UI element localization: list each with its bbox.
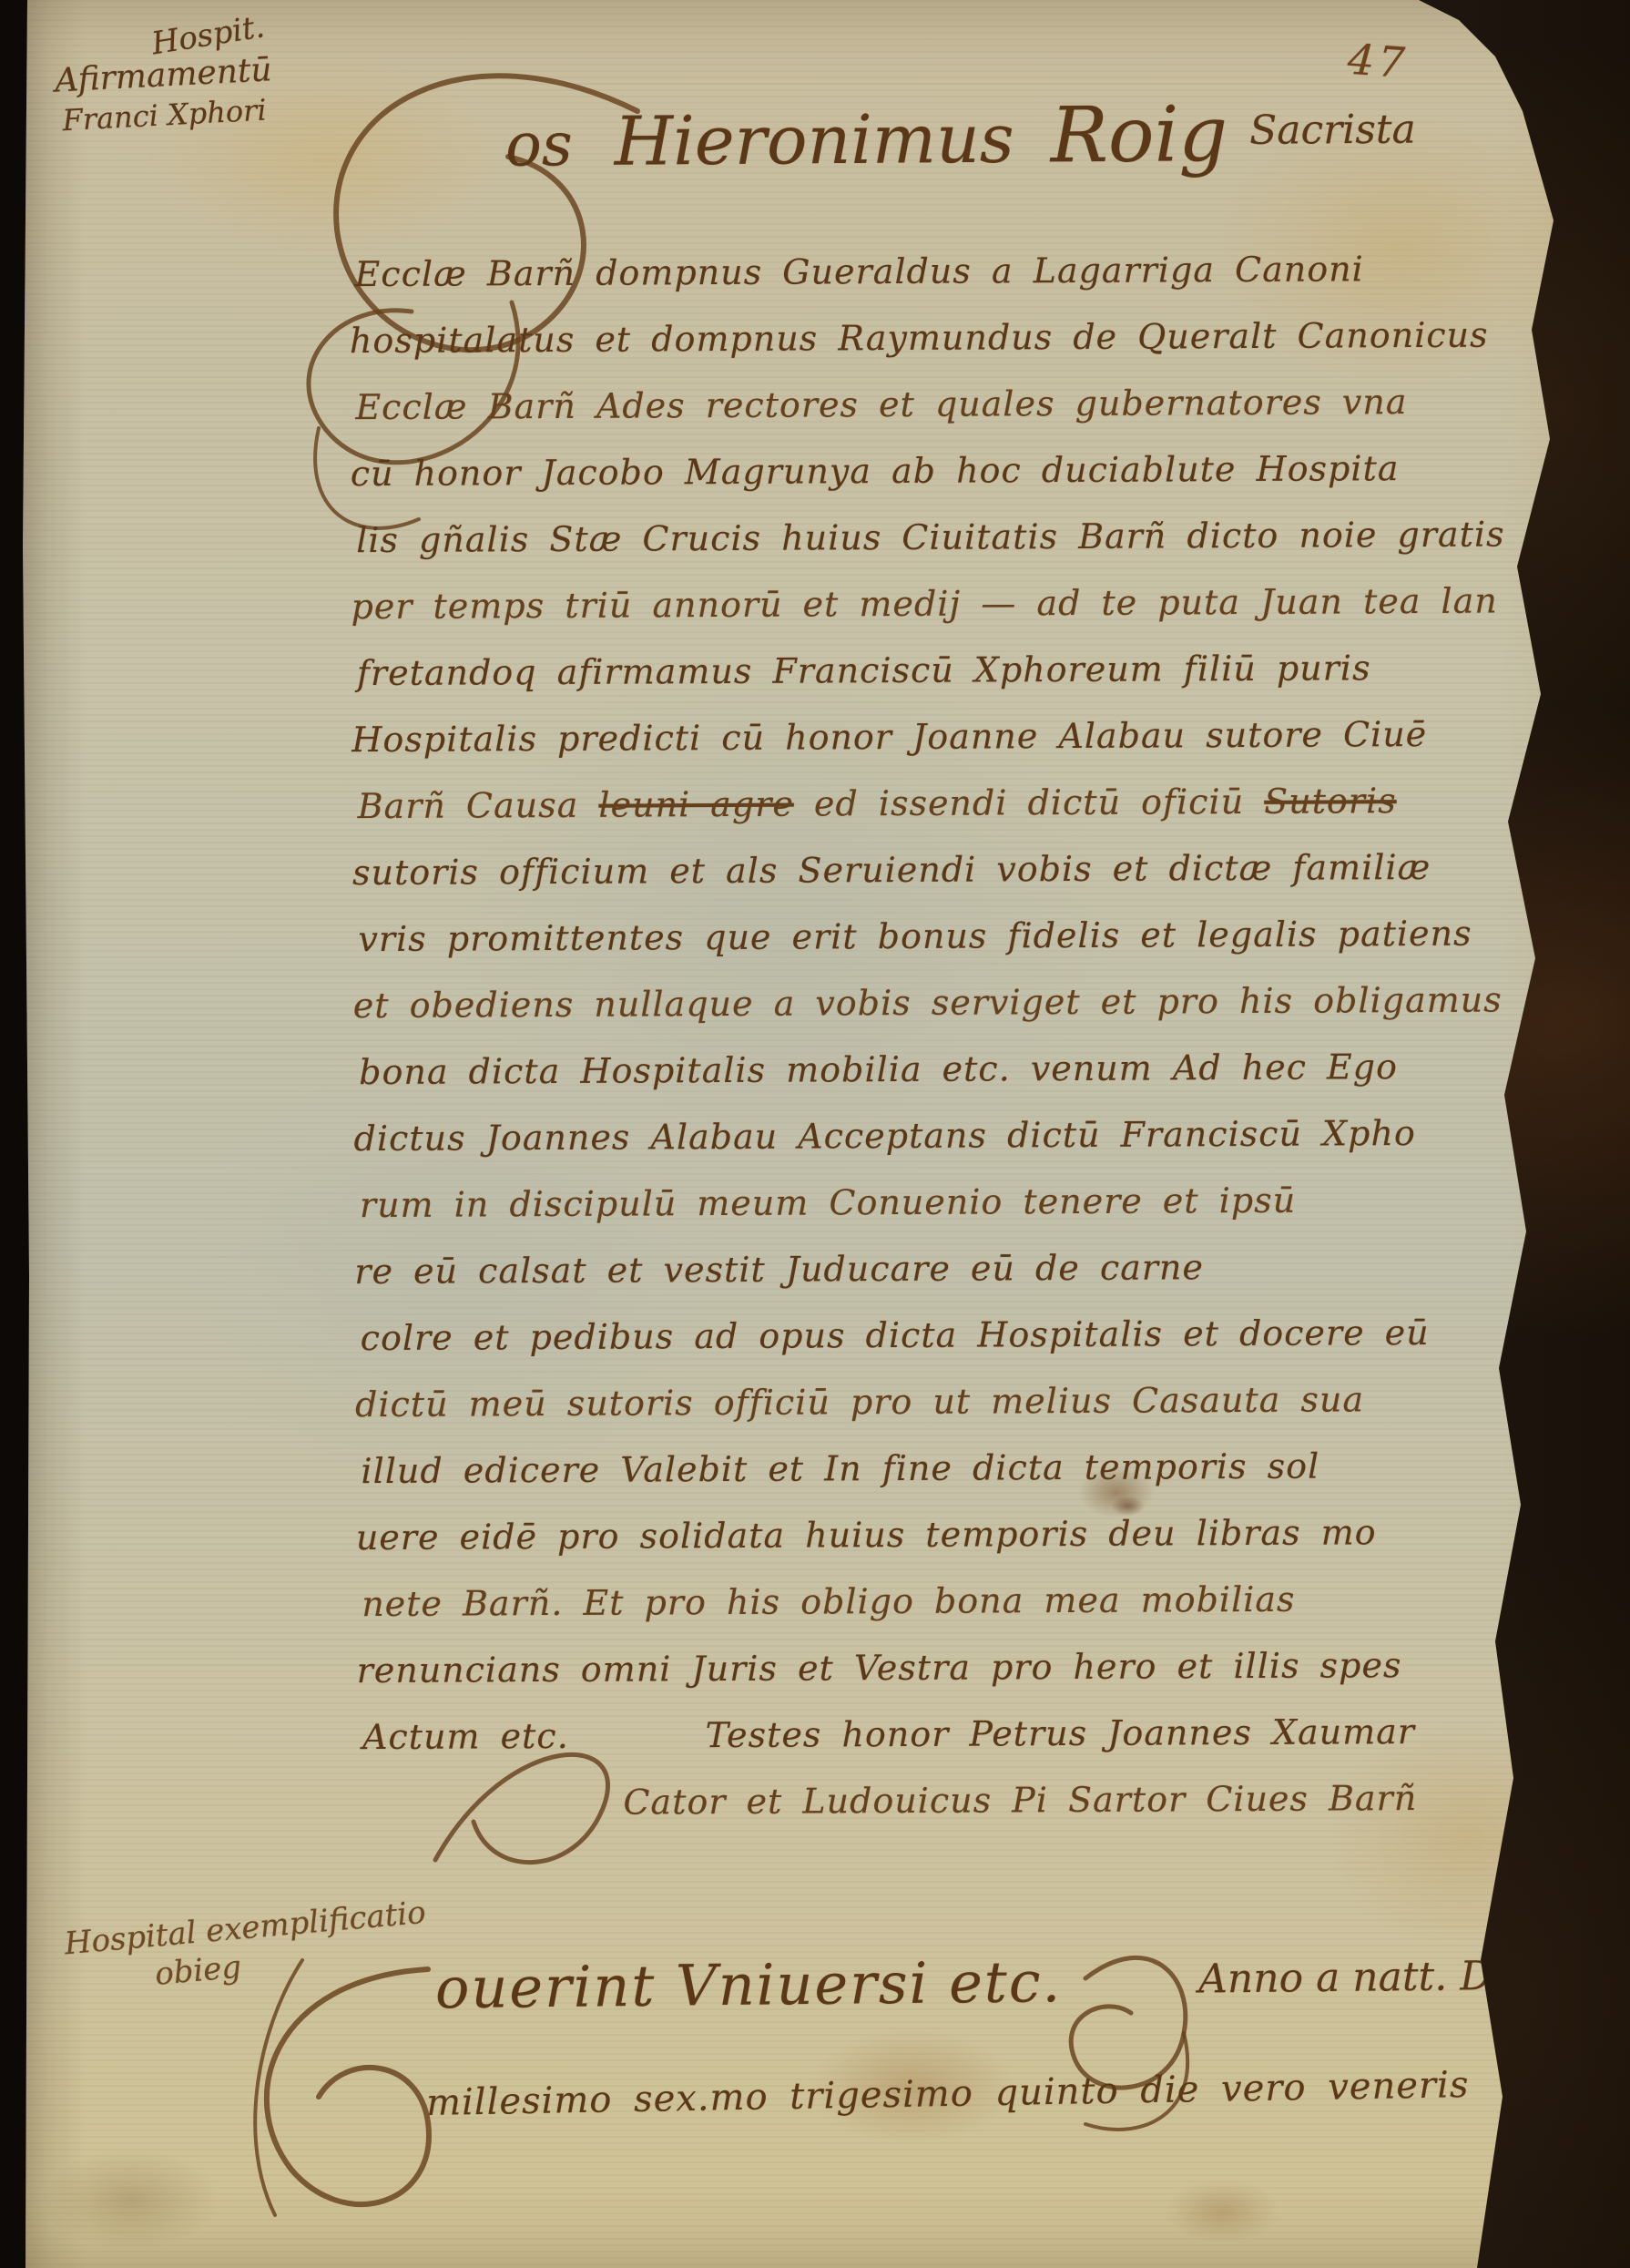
text-line: bona dicta Hospitalis mobilia etc. venum… xyxy=(359,1034,1447,1106)
witness-names: Testes honor Petrus Joannes Xaumar xyxy=(706,1711,1416,1755)
text-line: lis gñalis Stæ Crucis huius Ciuitatis Ba… xyxy=(356,502,1444,574)
text-line: dictū meū sutoris officiū pro ut melius … xyxy=(355,1366,1443,1438)
text-line: hospitalatus et dompnus Raymundus de Que… xyxy=(350,302,1438,374)
heading-word-nos: os xyxy=(505,109,573,180)
text-line: renuncians omni Juris et Vestra pro hero… xyxy=(356,1632,1444,1704)
entry2-heading: ouerint Vniuersi etc.Anno a natt. Dñi xyxy=(435,1944,1532,2022)
manuscript-page: Hospit. Afirmamentū Franci Xphori 47 xyxy=(0,0,1630,2268)
text-line: nete Barñ. Et pro his obligo bona mea mo… xyxy=(362,1566,1450,1638)
text-line: re eū calsat et vestit Juducare eū de ca… xyxy=(354,1233,1442,1305)
text-line: Ecclæ Barñ dompnus Gueraldus a Lagarriga… xyxy=(354,236,1442,308)
text-line: dictus Joannes Alabau Acceptans dictū Fr… xyxy=(353,1100,1442,1172)
text-line: fretandoq afirmamus Franciscū Xphoreum f… xyxy=(357,635,1445,707)
actum-clause: Actum etc. xyxy=(362,1716,569,1757)
text-line: rum in discipulū meum Conuenio tenere et… xyxy=(360,1167,1448,1239)
text-line: illud edicere Valebit et In fine dicta t… xyxy=(361,1433,1449,1505)
text-line-with-strikethrough: Barñ Causa leuni agre ed issendi dictū o… xyxy=(357,768,1445,840)
heading-word-roig: Roig xyxy=(1050,89,1228,179)
strike-line-pre: Barñ Causa xyxy=(358,785,599,826)
text-line: Cator et Ludouicus Pi Sartor Ciues Barñ xyxy=(357,1765,1445,1837)
heading-word-sacrista: Sacrista xyxy=(1249,107,1416,154)
text-line: Hospitalis predicti cū honor Joanne Alab… xyxy=(351,701,1440,773)
struck-words: leuni agre xyxy=(598,784,794,825)
witness-line: Actum etc.Testes honor Petrus Joannes Xa… xyxy=(362,1699,1451,1771)
strike-line-mid: ed issendi dictū oficiū xyxy=(794,782,1265,824)
struck-word: Sutoris xyxy=(1264,781,1397,822)
text-line: per temps triū annorū et medij — ad te p… xyxy=(351,568,1439,640)
entry2-date-line: millesimo sex.mo trigesimo quinto die ve… xyxy=(426,2064,1470,2124)
heading-word-hieronimus: Hieronimus xyxy=(614,100,1014,181)
text-line: sutoris officium et als Seruiendi vobis … xyxy=(352,834,1441,906)
manuscript-photograph: Hospit. Afirmamentū Franci Xphori 47 xyxy=(0,0,1630,2268)
text-line: vris promittentes que erit bonus fidelis… xyxy=(358,901,1446,973)
text-line: uere eidē pro solidata huius temporis de… xyxy=(356,1499,1444,1571)
text-line: Ecclæ Barñ Ades rectores et quales guber… xyxy=(355,369,1443,441)
margin-note-top: Hospit. Afirmamentū Franci Xphori xyxy=(52,5,358,138)
folio-number: 47 xyxy=(1346,35,1410,88)
noverint-universi-text: ouerint Vniuersi etc. xyxy=(435,1948,1063,2021)
text-line: et obediens nullaque a vobis serviget et… xyxy=(353,967,1442,1039)
text-line: cū honor Jacobo Magrunya ab hoc duciablu… xyxy=(351,435,1439,507)
entry1-body: Ecclæ Barñ dompnus Gueraldus a Lagarriga… xyxy=(349,236,1445,1837)
noverint-initial-flourish xyxy=(255,1960,429,2215)
text-line: colre et pedibus ad opus dicta Hospitali… xyxy=(361,1300,1449,1372)
entry1-heading: osHieronimusRoigSacrista xyxy=(505,87,1444,183)
margin-note-bottom: Hospital exemplificatio obieg xyxy=(63,1893,451,2000)
